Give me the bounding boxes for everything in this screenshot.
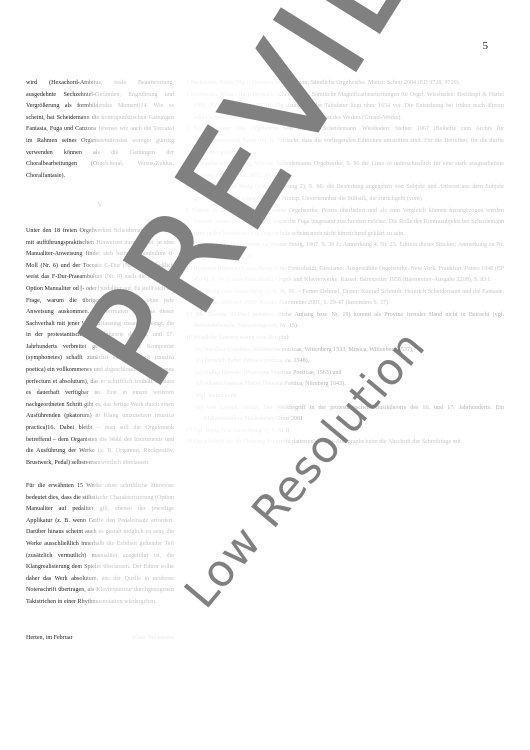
preview-fade-mask — [78, 60, 298, 750]
signoff-place: Herten, im Februar — [26, 633, 73, 645]
page-number: 5 — [483, 40, 489, 52]
